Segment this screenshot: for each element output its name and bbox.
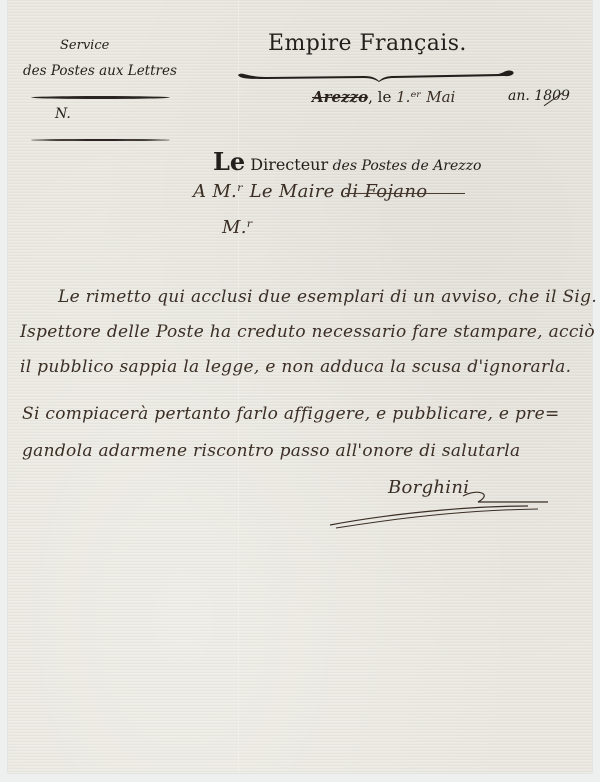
paper-fold-horizontal [8, 394, 592, 396]
letterhead-title: Empire Français. [268, 31, 467, 56]
place-name: Arezzo [312, 88, 368, 106]
addressee-line: A M.ʳ Le Maire di Fojano [193, 181, 427, 202]
sender-des: des [328, 158, 361, 174]
letterhead-rule-top [31, 96, 170, 99]
letterhead-brace-ornament [236, 67, 516, 83]
sender-cap: Le [213, 147, 245, 176]
year-prefix: an. [508, 88, 530, 104]
letterhead-number-label: N. [55, 106, 71, 122]
place-separator: , le [368, 88, 391, 106]
letter-paper [8, 0, 592, 773]
sender-postes: Postes [361, 158, 407, 174]
sender-de: de [407, 158, 433, 174]
letter-date: 1.ᵉʳ Mai [396, 88, 455, 106]
letterhead-postes-aux-lettres: des Postes aux Lettres [23, 63, 177, 79]
letter-place-date: Arezzo, le 1.ᵉʳ Mai [312, 88, 455, 106]
letter-year: an. 1809 [508, 88, 570, 104]
letterhead-service: Service [60, 38, 109, 53]
paper-fold-vertical [238, 0, 239, 773]
body-line-1: Le rimetto qui acclusi due esemplari di … [58, 287, 597, 307]
sender-title: Directeur [245, 155, 328, 174]
body-line-2: Ispettore delle Poste ha creduto necessa… [20, 322, 595, 342]
body-line-4: Si compiacerà pertanto farlo affiggere, … [22, 404, 560, 424]
sender-heading: Le Directeur des Postes de Arezzo [213, 147, 481, 176]
body-line-5: gandola adarmene riscontro passo all'ono… [22, 441, 520, 461]
year-value: 1809 [534, 88, 570, 104]
letterhead-rule-bottom [31, 139, 170, 141]
body-line-3: il pubblico sappia la legge, e non adduc… [20, 357, 571, 377]
addressee-underline [345, 193, 465, 194]
sender-city: Arezzo [433, 158, 481, 174]
signature-flourish [328, 484, 558, 534]
salutation: M.ʳ [222, 217, 253, 238]
